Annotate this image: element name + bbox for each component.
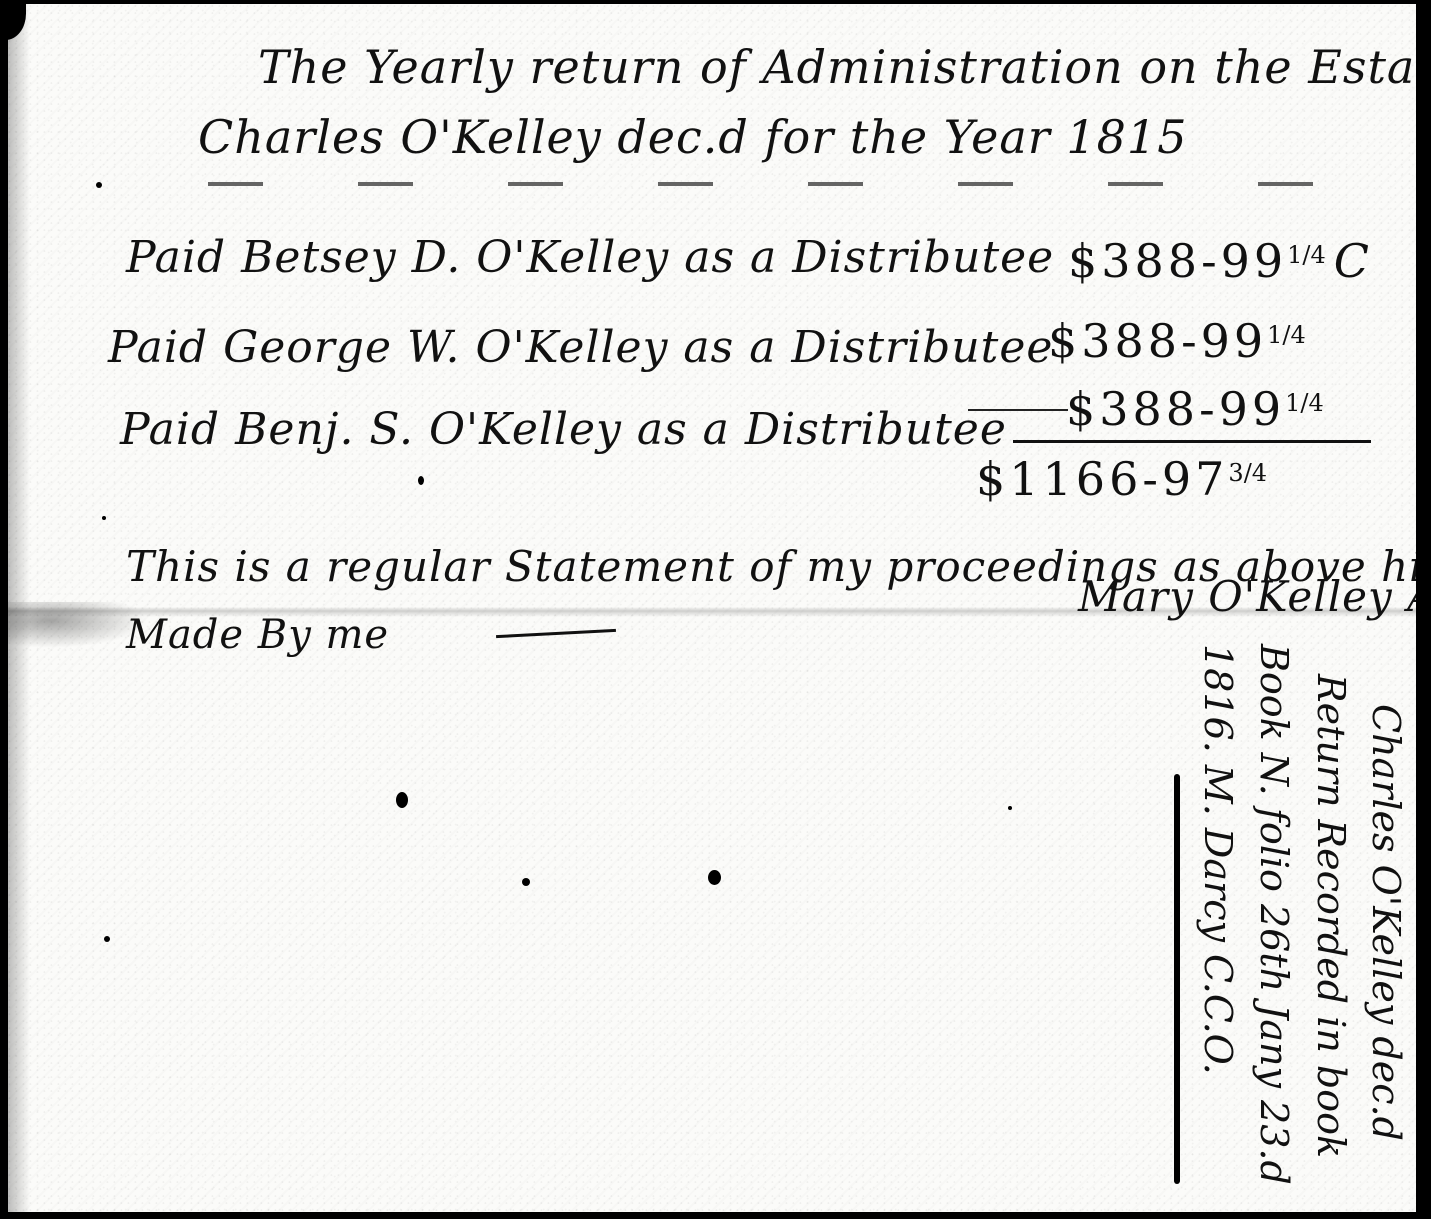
total-amount-value: $1166-97 bbox=[976, 452, 1228, 506]
sum-rule-line bbox=[1013, 440, 1371, 443]
entry-amount-3-fraction: 1/4 bbox=[1285, 389, 1324, 417]
document-title-line-1: The Yearly return of Administration on t… bbox=[258, 40, 1416, 94]
docket-line-3: Book N. folio 26th Jany 23.d bbox=[1252, 644, 1296, 1185]
ink-speck bbox=[418, 476, 424, 485]
made-by-rule bbox=[496, 629, 616, 638]
title-underline-dashes bbox=[208, 182, 1388, 186]
total-amount: $1166-973/4 bbox=[976, 452, 1267, 506]
docket-line-1: Charles O'Kelley dec.d bbox=[1364, 704, 1408, 1141]
entry-amount-3: $388-991/4 bbox=[1066, 382, 1324, 436]
entry-description-2: Paid George W. O'Kelley as a Distributee bbox=[108, 322, 1053, 373]
administratrix-signature: Mary O'Kelley Ad. bbox=[1078, 572, 1416, 621]
entry-description-1: Paid Betsey D. O'Kelley as a Distributee bbox=[126, 232, 1054, 283]
entry-description-3: Paid Benj. S. O'Kelley as a Distributee bbox=[120, 404, 1007, 455]
ink-blot bbox=[396, 792, 408, 808]
scan-border-bottom bbox=[0, 1212, 1431, 1219]
vertical-docket: Charles O'Kelley dec.d Return Recorded i… bbox=[1158, 634, 1408, 1194]
ink-blot bbox=[708, 870, 721, 885]
ink-speck bbox=[102, 516, 106, 520]
entry-amount-1-mark: C bbox=[1334, 234, 1373, 288]
ink-speck bbox=[104, 936, 110, 942]
scan-border-right bbox=[1416, 0, 1431, 1219]
total-amount-fraction: 3/4 bbox=[1228, 459, 1267, 487]
made-by-text: Made By me bbox=[126, 612, 389, 658]
entry-amount-1-value: $388-99 bbox=[1068, 234, 1287, 288]
ink-speck bbox=[96, 182, 102, 188]
entry-amount-1-fraction: 1/4 bbox=[1287, 241, 1326, 269]
entry-amount-3-value: $388-99 bbox=[1066, 382, 1285, 436]
entry-amount-2-value: $388-99 bbox=[1048, 314, 1267, 368]
document-title-line-2: Charles O'Kelley dec.d for the Year 1815 bbox=[198, 110, 1187, 164]
entry-amount-2-fraction: 1/4 bbox=[1267, 321, 1306, 349]
docket-flourish-rule bbox=[1174, 774, 1180, 1184]
docket-line-4: 1816. M. Darcy C.C.O. bbox=[1196, 644, 1240, 1075]
docket-line-2: Return Recorded in book bbox=[1309, 674, 1353, 1158]
entry-amount-2: $388-991/4 bbox=[1048, 314, 1306, 368]
ink-speck bbox=[1008, 806, 1012, 810]
entry-amount-1: $388-991/4C bbox=[1068, 234, 1373, 288]
document-page: The Yearly return of Administration on t… bbox=[8, 4, 1416, 1212]
ink-blot bbox=[522, 878, 530, 886]
